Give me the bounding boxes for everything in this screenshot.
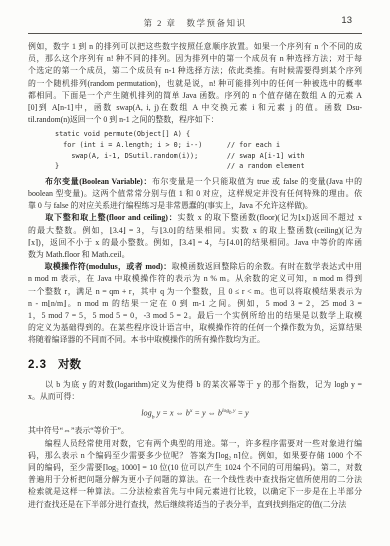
- text-line: [0]到 A[n-1]中，函数 swap(A, i, j)在数组 A 中交换元素…: [28, 102, 362, 114]
- formula-end: = y: [235, 409, 248, 418]
- line-text: 同的编码，至少需要⌈log₂ 1000⌉ = 10 位(10 位可以产生 102…: [28, 463, 362, 472]
- line-text: 进行查找还是在下半部分进行查找，然后继续将适当的子表分半，直到找到指定的值(二分…: [28, 500, 346, 509]
- logarithm-usage-paragraph: 编程人员经常使用对数，它有两个典型的用途。第一，许多程序需要对一些对象进行编码，…: [28, 438, 362, 511]
- section-title: 对数: [58, 359, 81, 371]
- page-number: 13: [341, 15, 352, 26]
- line-text: 1，5 mod 7 = 5，5 mod 5 = 0，-3 mod 5 = 2。最…: [28, 311, 362, 320]
- line-text: 数为 Math.floor 和 Math.ceil。: [28, 250, 129, 259]
- text-line: ⌈x⌉)，返回不小于 x 的最小整数。例如，⌈3.4⌉ = 4，与⌈4.0⌉的结…: [28, 237, 362, 249]
- formula-mid2: = y ⇔ b: [192, 409, 222, 418]
- line-text: 的最大整数。例如，⌊3.4⌋ = 3，与⌊3.0⌋的结果相同。实数 x 的取上整…: [28, 226, 362, 235]
- section-number: 2.3: [28, 359, 47, 371]
- logarithm-intro-paragraph: 以 b 为底 y 的对数(logarithm)定义为使得 b 的某次幂等于 y …: [28, 379, 362, 403]
- code-line: for (int i = A.length; i > 0; i--) // fo…: [55, 140, 362, 151]
- formula-exponent-log: logb y: [222, 408, 235, 414]
- line-text: 例如，数字 1 到 n 的排列可以把这些数字按照任意顺序放置。如果一个序列有 n…: [28, 42, 362, 51]
- text-line: 将随着编译器的不同而不同。本书中取模操作的所有操作数均为正。: [28, 334, 362, 346]
- text-line: 1，5 mod 7 = 5，5 mod 5 = 0，-3 mod 5 = 2。最…: [28, 310, 362, 322]
- line-text: 员，那么这个序列有 n! 种不同的排列。因为排列中的第一个成员有 n 种选择方法…: [28, 54, 362, 63]
- text-line: 进行查找还是在下半部分进行查找，然后继续将适当的子表分半，直到找到指定的值(二分…: [28, 499, 362, 511]
- text-line: 例如，数字 1 到 n 的排列可以把这些数字按照任意顺序放置。如果一个序列有 n…: [28, 41, 362, 53]
- text-line: boolean 型变量)。这两个值常常分别与值 1 和 0 对应，这样规定并没有…: [28, 188, 362, 200]
- code-text: swap(A, i-1, DSutil.random(i)); // swap …: [55, 152, 305, 160]
- code-line: swap(A, i-1, DSutil.random(i)); // swap …: [55, 151, 362, 162]
- line-text: 一个整数 r，满足 n = qm + r，其中 q 为一个整数，且 0 ≤ r …: [28, 287, 362, 296]
- line-text: boolean 型变量)。这两个值常常分别与值 1 和 0 对应，这样规定并没有…: [28, 189, 362, 198]
- line-text: 码，那么表示 n 个编码至少需要多少位呢？ 答案为⌈log₂ n⌉位。例如，如果…: [28, 451, 362, 460]
- intro-paragraph: 例如，数字 1 到 n 的排列可以把这些数字按照任意顺序放置。如果一个序列有 n…: [28, 41, 362, 126]
- line-text: 以 b 为底 y 的对数(logarithm)定义为使得 b 的某次幂等于 y …: [28, 380, 362, 389]
- term-paragraph-boolean: 布尔变量(Boolean Variable)：布尔变量是一个只能取值为 true…: [28, 176, 362, 213]
- line-text: 检索就是这样一种算法。二分法检索首先与中间元素进行比较，以确定下一步是在上半部分: [28, 487, 362, 496]
- line-text: 布尔变量是一个只能取值为 true 或 false 的变量(Java 中的: [152, 177, 362, 186]
- text-line: 码，那么表示 n 个编码至少需要多少位呢？ 答案为⌈log₂ n⌉位。例如，如果…: [28, 450, 362, 462]
- text-line: 的最大整数。例如，⌊3.4⌋ = 3，与⌊3.0⌋的结果相同。实数 x 的取上整…: [28, 225, 362, 237]
- code-block: static void permute(Object[] A) { for (i…: [28, 126, 362, 175]
- text-line: 数为 Math.floor 和 Math.ceil。: [28, 249, 362, 261]
- line-text: 靠 0 与 false 的对应关系进行编程练习是非常愚蠢的(事实上，Java 不…: [28, 201, 313, 210]
- text-line: 靠 0 与 false 的对应关系进行编程练习是非常愚蠢的(事实上，Java 不…: [28, 200, 362, 212]
- line-text: x。从而可得：: [28, 392, 79, 401]
- line-text: til.random(n)返回一个 0 到 n-1 之间的整数，程序如下：: [28, 115, 218, 124]
- text-line: 员，那么这个序列有 n! 种不同的排列。因为排列中的第一个成员有 n 种选择方法…: [28, 53, 362, 65]
- line-text: 的一个随机排列(random permutation)，也就是说，n! 种可能排…: [28, 79, 362, 88]
- line-text: 编程人员经常使用对数，它有两个典型的用途。第一，许多程序需要对一些对象进行编: [28, 439, 362, 448]
- text-line: til.random(n)返回一个 0 到 n-1 之间的整数，程序如下：: [28, 114, 362, 126]
- text-line: 一个整数 r，满足 n = qm + r，其中 q 为一个整数，且 0 ≤ r …: [28, 286, 362, 298]
- line-text: n - m⌊n/m⌋。n mod m 的结果一定在 0 到 m-1 之间。例如，…: [28, 299, 362, 308]
- equivalence-note-line: 其中符号“⇔”表示“等价于”。: [28, 425, 362, 437]
- text-line: 的定义为基础得到的。在某些程序设计语言中，取模操作符的任何一个操作数为负，运算结…: [28, 322, 362, 334]
- line-text: n mod m 表示，在 Java 中取模操作符的表示为 n % m。从余数的定…: [28, 274, 362, 283]
- term-bold-lead: 布尔变量(Boolean Variable)：: [28, 177, 152, 186]
- line-text: 的定义为基础得到的。在某些程序设计语言中，取模操作符的任何一个操作数为负，运算结…: [28, 323, 362, 332]
- text-line: 个选定的第一个成员，第二个成员有 n-1 种选择方法；依此类推。有时候需要得到某…: [28, 65, 362, 77]
- text-line: 普遍用于分析把问题分解为更小子问题的算法。在一个线性表中查找指定值所使用的二分法: [28, 474, 362, 486]
- code-text: } // a random element: [55, 162, 305, 170]
- text-line: 编程人员经常使用对数，它有两个典型的用途。第一，许多程序需要对一些对象进行编: [28, 438, 362, 450]
- code-text: for (int i = A.length; i > 0; i--) // fo…: [55, 141, 280, 149]
- logarithm-formula: logb y = x ⇔ bx = y ⇔ blogb y = y: [28, 405, 362, 424]
- code-line: } // a random element: [55, 161, 362, 172]
- line-text: 实数 x 的取下整函数(floor)(记为⌊x⌋)返回不超过 x: [177, 213, 362, 222]
- line-text: 普遍用于分析把问题分解为更小子问题的算法。在一个线性表中查找指定值所使用的二分法: [28, 475, 362, 484]
- line-text: [0]到 A[n-1]中，函数 swap(A, i, j)在数组 A 中交换元素…: [28, 103, 362, 112]
- header-rule: [28, 33, 362, 34]
- text-line: 取下整和取上整(floor and ceiling)：实数 x 的取下整函数(f…: [28, 212, 362, 224]
- code-text: static void permute(Object[] A) {: [55, 130, 190, 138]
- text-line: n mod m 表示，在 Java 中取模操作符的表示为 n % m。从余数的定…: [28, 273, 362, 285]
- book-page: 第 2 章 数学预备知识 13 例如，数字 1 到 n 的排列可以把这些数字按照…: [0, 0, 390, 546]
- term-paragraph-modulus: 取模操作符(modulus，或者 mod)：取模函数返回整除后的余数。有时在数学…: [28, 261, 362, 346]
- text-line: 取模操作符(modulus，或者 mod)：取模函数返回整除后的余数。有时在数学…: [28, 261, 362, 273]
- page-header: 第 2 章 数学预备知识 13: [28, 0, 362, 33]
- text-line: 同的编码，至少需要⌈log₂ 1000⌉ = 10 位(10 位可以产生 102…: [28, 462, 362, 474]
- text-line: 都相同。下面是一个产生随机排列的简单 Java 函数。序列的 n 个值存储在数组…: [28, 90, 362, 102]
- chapter-title: 第 2 章 数学预备知识: [28, 17, 362, 29]
- text-line: x。从而可得：: [28, 391, 362, 403]
- text-line: 布尔变量(Boolean Variable)：布尔变量是一个只能取值为 true…: [28, 176, 362, 188]
- line-text: ⌈x⌉)，返回不小于 x 的最小整数。例如，⌈3.4⌉ = 4，与⌈4.0⌉的结…: [28, 238, 362, 247]
- line-text: 个选定的第一个成员，第二个成员有 n-1 种选择方法；依此类推。有时候需要得到某…: [28, 66, 362, 75]
- term-bold-lead: 取下整和取上整(floor and ceiling)：: [28, 213, 177, 222]
- scan-artifact-dot: ·: [202, 505, 205, 514]
- section-heading: 2.3对数: [28, 356, 362, 372]
- term-bold-lead: 取模操作符(modulus，或者 mod)：: [28, 262, 172, 271]
- line-text: 取模函数返回整除后的余数。有时在数学表达式中用: [172, 262, 362, 271]
- text-line: 检索就是这样一种算法。二分法检索首先与中间元素进行比较，以确定下一步是在上半部分: [28, 486, 362, 498]
- text-line: n - m⌊n/m⌋。n mod m 的结果一定在 0 到 m-1 之间。例如，…: [28, 298, 362, 310]
- line-text: 将随着编译器的不同而不同。本书中取模操作的所有操作数均为正。: [28, 335, 265, 344]
- code-line: static void permute(Object[] A) {: [55, 129, 362, 140]
- text-line: 的一个随机排列(random permutation)，也就是说，n! 种可能排…: [28, 78, 362, 90]
- term-paragraph-floor-ceiling: 取下整和取上整(floor and ceiling)：实数 x 的取下整函数(f…: [28, 212, 362, 261]
- text-line: 以 b 为底 y 的对数(logarithm)定义为使得 b 的某次幂等于 y …: [28, 379, 362, 391]
- formula-log: log: [141, 409, 151, 418]
- line-text: 都相同。下面是一个产生随机排列的简单 Java 函数。序列的 n 个值存储在数组…: [28, 91, 362, 100]
- formula-mid: y = x ⇔ b: [155, 409, 190, 418]
